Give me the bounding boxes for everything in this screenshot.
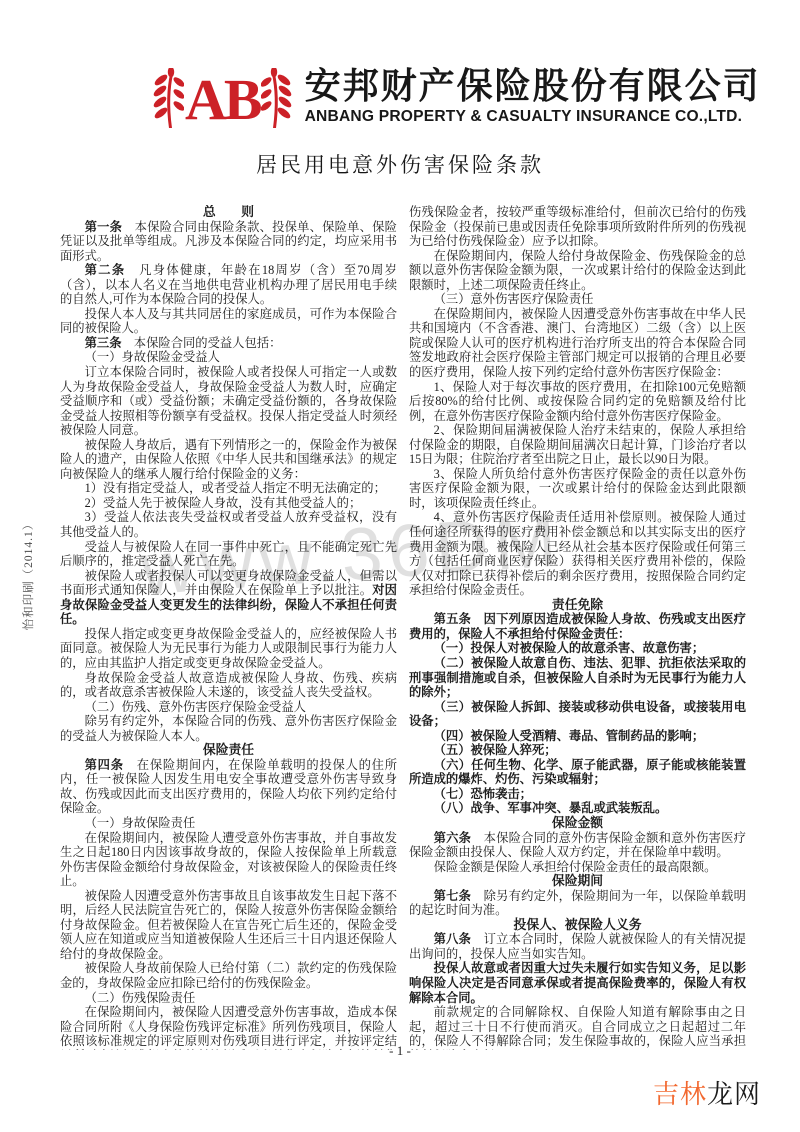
clause-paragraph: 3）受益人依法丧失受益权或者受益人放弃受益权，没有其他受益人的。 [60, 510, 397, 539]
clause-bold-text: 第一条 [85, 220, 135, 234]
section-heading: 投保人、被保险人义务 [409, 918, 746, 933]
clause-bold-text: 第四条 [85, 758, 137, 772]
right-column: 伤残保险金者，按较严重等级标准给付，但前次已给付的伤残保险金（投保前已患或因责任… [409, 205, 746, 1050]
clause-paragraph: 在保险期间内，被保险人因遭受意外伤害事故在中华人民共和国境内（不含香港、澳门、台… [409, 307, 746, 380]
clause-paragraph: 第七条 除另有约定外，保险期间为一年，以保险单载明的起讫时间为准。 [409, 889, 746, 918]
clause-bold-text: （八）战争、军事冲突、暴乱或武装叛乱。 [434, 801, 668, 815]
clause-text: （一）身故保险责任 [85, 816, 196, 830]
clause-paragraph: 1、保险人对于每次事故的医疗费用，在扣除100元免赔额后按80%的给付比例、或按… [409, 380, 746, 424]
clause-text: 1、保险人对于每次事故的医疗费用，在扣除100元免赔额后按80%的给付比例、或按… [409, 380, 746, 423]
clause-paragraph: （二）伤残保险责任 [60, 991, 397, 1006]
clause-paragraph: 受益人与被保险人在同一事件中死亡，且不能确定死亡先后顺序的，推定受益人死亡在先。 [60, 540, 397, 569]
print-note: 怡和印刷（2014.1） [20, 504, 36, 644]
clause-bold-text: （六）任何生物、化学、原子能武器，原子能或核能装置所造成的爆炸、灼伤、污染或辐射… [409, 758, 746, 787]
clause-text: 除另有约定外，本保险合同的伤残、意外伤害医疗保险金的受益人为被保险人本人。 [60, 714, 397, 743]
company-name-en: ANBANG PROPERTY & CASUALTY INSURANCE CO.… [305, 108, 761, 126]
clause-paragraph: 投保人本人及与其共同居住的家庭成员，可作为本保险合同的被保险人。 [60, 307, 397, 336]
clause-text: （三）意外伤害医疗保险责任 [434, 292, 594, 306]
section-heading: 总 则 [60, 205, 397, 220]
clause-paragraph: 第一条 本保险合同由保险条款、投保单、保险单、保险凭证以及批单等组成。凡涉及本保… [60, 220, 397, 264]
clause-text: 被保险人身故前保险人已给付第（二）款约定的伤残保险金的，身故保险金应扣除已给付的… [60, 961, 397, 990]
clause-paragraph: （一）身故保险金受益人 [60, 350, 397, 365]
section-heading: 保险期间 [409, 874, 746, 889]
clause-paragraph: 投保人指定或变更身故保险金受益人的，应经被保险人书面同意。被保险人为无民事行为能… [60, 627, 397, 671]
clause-text: 本保险合同的受益人包括： [134, 336, 282, 350]
clause-paragraph: 第四条 在保险期间内，在保险单载明的投保人的住所内，任一被保险人因发生用电安全事… [60, 758, 397, 816]
clause-bold-text: 第八条 [434, 932, 484, 946]
clause-paragraph: 3、保险人所负给付意外伤害医疗保险金的责任以意外伤害医疗保险金额为限，一次或累计… [409, 467, 746, 511]
clause-paragraph: 在保险期间内，被保险人遭受意外伤害事故，并自事故发生之日起180日内因该事故身故… [60, 831, 397, 889]
clause-bold-text: （一）投保人对被保险人的故意杀害、故意伤害； [434, 641, 705, 655]
clause-text: 在保险期间内，保险人给付身故保险金、伤残保险金的总额以意外伤害保险金额为限，一次… [409, 249, 746, 292]
clause-text: 被保险人因遭受意外伤害事故且自该事故发生日起下落不明，后经人民法院宣告死亡的，保… [60, 889, 397, 961]
clause-text: 3、保险人所负给付意外伤害医疗保险金的责任以意外伤害医疗保险金额为限，一次或累计… [409, 467, 746, 510]
clause-paragraph: 被保险人因遭受意外伤害事故且自该事故发生日起下落不明，后经人民法院宣告死亡的，保… [60, 889, 397, 962]
clause-paragraph: （三）被保险人拆卸、接装或移动供电设备，或接装用电设备； [409, 700, 746, 729]
anbang-logo: AB [152, 66, 293, 134]
clause-bold-text: （三）被保险人拆卸、接装或移动供电设备，或接装用电设备； [409, 700, 746, 729]
clause-bold-text: （二）被保险人故意自伤、违法、犯罪、抗拒依法采取的刑事强制措施或自杀，但被保险人… [409, 656, 746, 699]
clause-paragraph: 被保险人或者投保人可以变更身故保险金受益人，但需以书面形式通知保险人，并由保险人… [60, 569, 397, 627]
clause-paragraph: 2）受益人先于被保险人身故，没有其他受益人的； [60, 496, 397, 511]
company-name-cn: 安邦财产保险股份有限公司 [305, 66, 761, 106]
clause-text: 投保人本人及与其共同居住的家庭成员，可作为本保险合同的被保险人。 [60, 307, 397, 336]
document-header: AB 安邦财产保险股份有限公司 ANBANG PROPERTY & CASUAL… [152, 66, 761, 134]
section-heading: 保险金额 [409, 816, 746, 831]
clause-paragraph: 4、意外伤害医疗保险责任适用补偿原则。被保险人通过任何途径所获得的医疗费用补偿金… [409, 510, 746, 597]
clause-bold-text: （七）恐怖袭击； [434, 787, 532, 801]
clause-paragraph: （三）意外伤害医疗保险责任 [409, 292, 746, 307]
clause-paragraph: 被保险人身故后，遇有下列情形之一的，保险金作为被保险人的遗产，由保险人依照《中华… [60, 438, 397, 482]
clause-paragraph: （一）投保人对被保险人的故意杀害、故意伤害； [409, 641, 746, 656]
clause-paragraph: （五）被保险人猝死； [409, 743, 746, 758]
wheat-ear-right-icon [261, 68, 293, 132]
clause-text: 身故保险金受益人故意造成被保险人身故、伤残、疾病的，或者故意杀害被保险人未遂的，… [60, 671, 397, 700]
clause-text: （二）伤残保险责任 [85, 991, 196, 1005]
site-brand-dark: 龙网 [707, 1079, 761, 1109]
clause-bold-text: 第五条 [434, 612, 484, 626]
clause-columns: 总 则第一条 本保险合同由保险条款、投保单、保险单、保险凭证以及批单等组成。凡涉… [60, 205, 746, 1050]
clause-paragraph: （二）被保险人故意自伤、违法、犯罪、抗拒依法采取的刑事强制措施或自杀，但被保险人… [409, 656, 746, 700]
left-column: 总 则第一条 本保险合同由保险条款、投保单、保险单、保险凭证以及批单等组成。凡涉… [60, 205, 397, 1050]
clause-paragraph: 1）没有指定受益人，或者受益人指定不明无法确定的； [60, 481, 397, 496]
clause-text: 投保人指定或变更身故保险金受益人的，应经被保险人书面同意。被保险人为无民事行为能… [60, 627, 397, 670]
clause-text: 被保险人身故后，遇有下列情形之一的，保险金作为被保险人的遗产，由保险人依照《中华… [60, 438, 397, 481]
clause-paragraph: （六）任何生物、化学、原子能武器，原子能或核能装置所造成的爆炸、灼伤、污染或辐射… [409, 758, 746, 787]
clause-text: 保险金额是保险人承担给付保险金责任的最高限额。 [434, 860, 717, 874]
clause-paragraph: 第五条 因下列原因造成被保险人身故、伤残或支出医疗费用的，保险人不承担给付保险金… [409, 612, 746, 641]
clause-text: 伤残保险金者，按较严重等级标准给付，但前次已给付的伤残保险金（投保前已患或因责任… [409, 205, 746, 248]
clause-paragraph: （一）身故保险责任 [60, 816, 397, 831]
page-number: - 1 - [0, 1043, 800, 1059]
clause-paragraph: 被保险人身故前保险人已给付第（二）款约定的伤残保险金的，身故保险金应扣除已给付的… [60, 961, 397, 990]
company-name-block: 安邦财产保险股份有限公司 ANBANG PROPERTY & CASUALTY … [305, 66, 761, 126]
clause-text: 在保险期间内，被保险人遭受意外伤害事故，并自事故发生之日起180日内因该事故身故… [60, 831, 397, 889]
clause-text: 2）受益人先于被保险人身故，没有其他受益人的； [85, 496, 362, 510]
clause-bold-text: 第七条 [434, 889, 484, 903]
clause-bold-text: （四）被保险人受酒精、毒品、管制药品的影响； [434, 729, 705, 743]
document-page: www.36DM AB [0, 0, 800, 1132]
clause-paragraph: （四）被保险人受酒精、毒品、管制药品的影响； [409, 729, 746, 744]
wheat-ear-left-icon [152, 68, 184, 132]
site-brand-orange: 吉林 [653, 1079, 707, 1109]
document-title: 居民用电意外伤害保险条款 [0, 149, 800, 179]
clause-text: 2、保险期间届满被保险人治疗未结束的，保险人承担给付保险金的期限，自保险期间届满… [409, 423, 746, 466]
clause-paragraph: 第八条 订立本合同时，保险人就被保险人的有关情况提出询问的，投保人应当如实告知。 [409, 932, 746, 961]
clause-text: 订立本保险合同时，被保险人或者投保人可指定一人或数人为身故保险金受益人，身故保险… [60, 365, 397, 437]
clause-bold-text: （五）被保险人猝死； [434, 743, 557, 757]
clause-paragraph: 2、保险期间届满被保险人治疗未结束的，保险人承担给付保险金的期限，自保险期间届满… [409, 423, 746, 467]
clause-paragraph: 身故保险金受益人故意造成被保险人身故、伤残、疾病的，或者故意杀害被保险人未遂的，… [60, 671, 397, 700]
clause-paragraph: 除另有约定外，本保险合同的伤残、意外伤害医疗保险金的受益人为被保险人本人。 [60, 714, 397, 743]
clause-text: （一）身故保险金受益人 [85, 350, 220, 364]
clause-bold-text: 第二条 [85, 263, 140, 277]
clause-text: 受益人与被保险人在同一事件中死亡，且不能确定死亡先后顺序的，推定受益人死亡在先。 [60, 540, 397, 569]
clause-paragraph: 保险金额是保险人承担给付保险金责任的最高限额。 [409, 860, 746, 875]
clause-bold-text: 投保人故意或者因重大过失未履行如实告知义务，足以影响保险人决定是否同意承保或者提… [409, 961, 746, 1004]
clause-bold-text: 第三条 [85, 336, 134, 350]
clause-paragraph: 第二条 凡身体健康，年龄在18周岁（含）至70周岁（含），以本人名义在当地供电营… [60, 263, 397, 307]
clause-paragraph: 订立本保险合同时，被保险人或者投保人可指定一人或数人为身故保险金受益人，身故保险… [60, 365, 397, 438]
clause-text: 被保险人或者投保人可以变更身故保险金受益人，但需以书面形式通知保险人，并由保险人… [60, 569, 397, 598]
clause-paragraph: （七）恐怖袭击； [409, 787, 746, 802]
clause-bold-text: 第六条 [434, 831, 484, 845]
clause-paragraph: 伤残保险金者，按较严重等级标准给付，但前次已给付的伤残保险金（投保前已患或因责任… [409, 205, 746, 249]
section-heading: 保险责任 [60, 743, 397, 758]
logo-ab-text: AB [185, 69, 260, 131]
clause-text: （二）伤残、意外伤害医疗保险金受益人 [85, 700, 306, 714]
site-brand-mark: 吉林龙网 [653, 1079, 761, 1109]
clause-text: 在保险期间内，被保险人因遭受意外伤害事故在中华人民共和国境内（不含香港、澳门、台… [409, 307, 746, 379]
clause-paragraph: 投保人故意或者因重大过失未履行如实告知义务，足以影响保险人决定是否同意承保或者提… [409, 961, 746, 1005]
clause-text: 1）没有指定受益人，或者受益人指定不明无法确定的； [85, 481, 386, 495]
clause-text: 4、意外伤害医疗保险责任适用补偿原则。被保险人通过任何途径所获得的医疗费用补偿金… [409, 510, 746, 597]
clause-paragraph: （二）伤残、意外伤害医疗保险金受益人 [60, 700, 397, 715]
clause-paragraph: 在保险期间内，保险人给付身故保险金、伤残保险金的总额以意外伤害保险金额为限，一次… [409, 249, 746, 293]
clause-text: 3）受益人依法丧失受益权或者受益人放弃受益权，没有其他受益人的。 [60, 510, 397, 539]
clause-paragraph: 第三条 本保险合同的受益人包括： [60, 336, 397, 351]
clause-paragraph: （八）战争、军事冲突、暴乱或武装叛乱。 [409, 801, 746, 816]
clause-paragraph: 第六条 本保险合同的意外伤害保险金额和意外伤害医疗保险金额由投保人、保险人双方约… [409, 831, 746, 860]
section-heading: 责任免除 [409, 598, 746, 613]
